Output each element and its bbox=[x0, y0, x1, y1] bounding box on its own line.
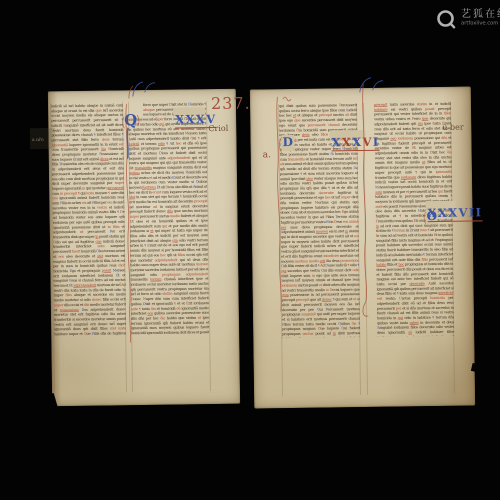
auction-watermark: 艺狐在线 artfoxlive.com bbox=[436, 9, 500, 30]
folio-number: 237. bbox=[211, 93, 251, 113]
marginal-gloss: ū ber bbox=[442, 123, 463, 132]
watermark-site-name: 艺狐在线 bbox=[461, 9, 500, 20]
manuscript-leaf-right: qui dixit quibus sum possessione Percuss… bbox=[250, 86, 475, 408]
chapter-numeral-xxxvi: XXXVI bbox=[331, 135, 379, 152]
manuscript-leaf-left: iudiciũ sõ isrl̃ habito absque in animã … bbox=[48, 89, 240, 407]
text-column: iudiciũ sõ isrl̃ habito absque in animã … bbox=[51, 103, 126, 336]
leaf-corner-cut bbox=[51, 393, 61, 407]
decorated-initial-d: D bbox=[282, 136, 293, 148]
marginal-gloss-text: a nr̄o bbox=[32, 137, 44, 142]
marginal-gloss: Criol bbox=[208, 124, 228, 133]
leaf-edge-notch bbox=[471, 363, 478, 372]
decorated-initial-q: Q bbox=[124, 113, 137, 128]
watermark-domain: artfoxlive.com bbox=[461, 21, 498, 26]
marginal-letter: a. bbox=[263, 150, 271, 160]
text-column: ferro que nuper Dixit stet in Homicida ¶… bbox=[128, 102, 209, 335]
decorated-initial-o: O bbox=[426, 210, 437, 222]
auction-photo-backdrop: 艺狐在线 artfoxlive.com a nr̄o iudiciũ sõ is… bbox=[0, 0, 500, 500]
artfox-logo-icon bbox=[436, 9, 456, 30]
marginal-gloss-tab: a nr̄o bbox=[30, 128, 55, 149]
